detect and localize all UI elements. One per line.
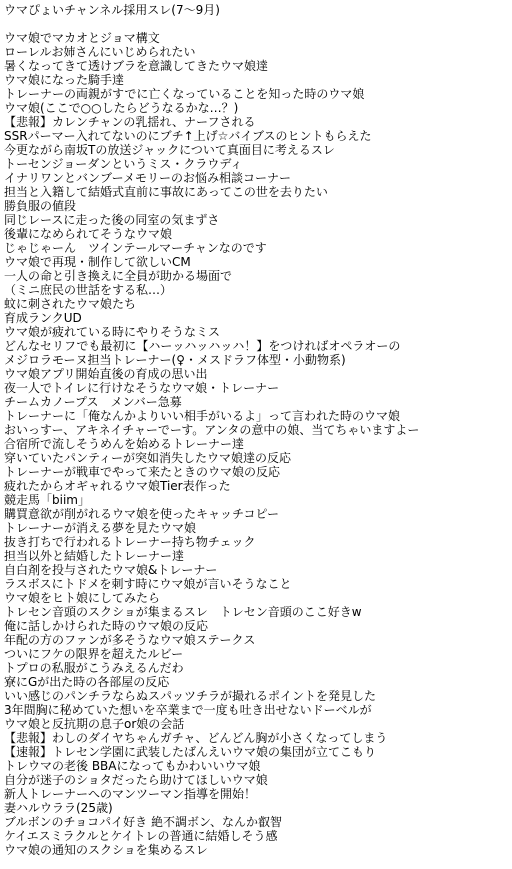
thread-title-line: ウマ娘の通知のスクショを集めるスレ (4, 843, 512, 857)
thread-title-line: 今更ながら南坂Tの放送ジャックについて真面目に考えるスレ (4, 143, 512, 157)
thread-title-line: トレーナーに「俺なんかよりいい相手がいるよ」って言われた時のウマ娘 (4, 409, 512, 423)
thread-title-line: 夜一人でトイレに行けなそうなウマ娘・トレーナー (4, 381, 512, 395)
thread-title-line: 俺に話しかけられた時のウマ娘の反応 (4, 619, 512, 633)
thread-title-line: 3年間胸に秘めていた想いを卒業まで一度も吐き出せないドーベルが (4, 703, 512, 717)
thread-title-line: 疲れたからオギャれるウマ娘Tier表作った (4, 479, 512, 493)
thread-title-line: トレウマの老後 BBAになってもかわいいウマ娘 (4, 759, 512, 773)
thread-title-line: ローレルお姉さんにいじめられたい (4, 45, 512, 59)
thread-title-line: イナリワンとバンブーメモリーのお悩み相談コーナー (4, 171, 512, 185)
thread-title-line: ウマ娘でマカオとジョマ構文 (4, 31, 512, 45)
thread-title-line: ウマ娘と反抗期の息子or娘の会話 (4, 717, 512, 731)
thread-title-line: 穿いていたパンティーが突如消失したウマ娘達の反応 (4, 451, 512, 465)
thread-title-line: メジロラモーヌ担当トレーナー(♀・メスドラフ体型・小動物系) (4, 353, 512, 367)
thread-title-line: 同じレースに走った後の同室の気まずさ (4, 213, 512, 227)
thread-list: ウマ娘でマカオとジョマ構文ローレルお姉さんにいじめられたい暑くなってきて透けブラ… (4, 31, 512, 857)
thread-title-line: ウマ娘(ここで○○したらどうなるかな…？) (4, 101, 512, 115)
thread-title-line: トレーナーが消える夢を見たウマ娘 (4, 521, 512, 535)
thread-title-line: 勝負服の値段 (4, 199, 512, 213)
thread-title-line: SSRパーマー入れてないのにブチ↑上げ☆バイブスのヒントもらえた (4, 129, 512, 143)
thread-title-line: トーセンジョーダンというミス・クラウディ (4, 157, 512, 171)
thread-title-line: 蚊に刺されたウマ娘たち (4, 297, 512, 311)
page-title: ウマぴょいチャンネル採用スレ(7〜9月) (4, 3, 512, 17)
thread-title-line: 【悲報】わしのダイヤちゃんガチャ、どんどん胸が小さくなってしまう (4, 731, 512, 745)
thread-title-line: 一人の命と引き換えに全員が助かる場面で (4, 269, 512, 283)
thread-title-line: 新人トレーナーへのマンツーマン指導を開始！ (4, 787, 512, 801)
thread-title-line: チームカノープス メンバー急募 (4, 395, 512, 409)
thread-title-line: 寮にGが出た時の各部屋の反応 (4, 675, 512, 689)
thread-title-line: （ミニ庶民の世話をする私…） (4, 283, 512, 297)
thread-title-line: おいっすー、アキネイチャーでーす。アンタの意中の娘、当てちゃいますよー (4, 423, 512, 437)
thread-title-line: ウマ娘をヒト娘にしてみたら (4, 591, 512, 605)
thread-title-line: 担当と入籍して結婚式直前に事故にあってこの世を去りたい (4, 185, 512, 199)
thread-title-line: 年配の方のファンが多そうなウマ娘ステークス (4, 633, 512, 647)
thread-list-document: ウマぴょいチャンネル採用スレ(7〜9月) ウマ娘でマカオとジョマ構文ローレルお姉… (0, 0, 512, 857)
thread-title-line: ウマ娘アプリ開始直後の育成の思い出 (4, 367, 512, 381)
thread-title-line: 競走馬「biim」 (4, 493, 512, 507)
thread-title-line: 妻ハルウララ(25歳) (4, 801, 512, 815)
thread-title-line: 後輩になめられてそうなウマ娘 (4, 227, 512, 241)
thread-title-line: 【悲報】カレンチャンの乳揺れ、ナーフされる (4, 115, 512, 129)
thread-title-line: 抜き打ちで行われるトレーナー持ち物チェック (4, 535, 512, 549)
thread-title-line: ウマ娘になった騎手達 (4, 73, 512, 87)
thread-title-line: いい感じのパンチラならぬスパッツチラが撮れるポイントを発見した (4, 689, 512, 703)
thread-title-line: トプロの私服がこうみえるんだわ (4, 661, 512, 675)
thread-title-line: ウマ娘が疲れている時にやりそうなミス (4, 325, 512, 339)
thread-title-line: ついにフケの限界を超えたルビー (4, 647, 512, 661)
thread-title-line: トレーナーが戦車でやって来たときのウマ娘の反応 (4, 465, 512, 479)
thread-title-line: 自白剤を投与されたウマ娘&トレーナー (4, 563, 512, 577)
thread-title-line: ケイエスミラクルとケイトレの普通に結婚しそう感 (4, 829, 512, 843)
thread-title-line: 合宿所で流しそうめんを始めるトレーナー達 (4, 437, 512, 451)
thread-title-line: トレセン音頭のスクショが集まるスレ トレセン音頭のここ好きw (4, 605, 512, 619)
thread-title-line: 購買意欲が削がれるウマ娘を使ったキャッチコピー (4, 507, 512, 521)
thread-title-line: ラスボスにトドメを刺す時にウマ娘が言いそうなこと (4, 577, 512, 591)
thread-title-line: トレーナーの両親がすでに亡くなっていることを知った時のウマ娘 (4, 87, 512, 101)
thread-title-line: 暑くなってきて透けブラを意識してきたウマ娘達 (4, 59, 512, 73)
thread-title-line: じゃじゃーん ツインテールマーチャンなのです (4, 241, 512, 255)
thread-title-line: どんなセリフでも最初に【ハーッハッハッハ！】をつければオペラオーの (4, 339, 512, 353)
thread-title-line: 【速報】トレセン学園に武装したばんえいウマ娘の集団が立てこもり (4, 745, 512, 759)
thread-title-line: 自分が迷子のショタだったら助けてほしいウマ娘 (4, 773, 512, 787)
thread-title-line: 担当以外と結婚したトレーナー達 (4, 549, 512, 563)
thread-title-line: 育成ランクUD (4, 311, 512, 325)
thread-title-line: ウマ娘で再現・制作して欲しいCM (4, 255, 512, 269)
thread-title-line: ブルボンのチョコパイ好き 絶不調ボン、なんか叡智 (4, 815, 512, 829)
